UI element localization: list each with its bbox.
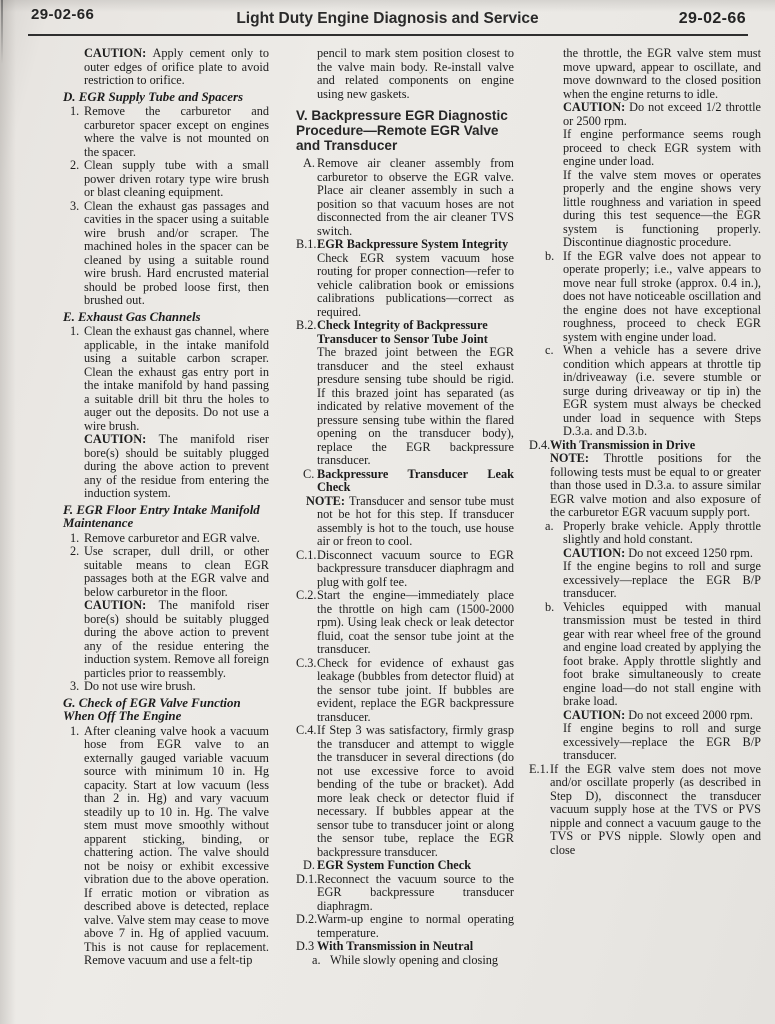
section-heading: F. EGR Floor Entry Intake Manifold Maint… xyxy=(63,504,269,531)
paragraph-lead: CAUTION: xyxy=(84,46,152,60)
manual-column-3: the throttle, the EGR valve stem must mo… xyxy=(529,47,761,857)
item-label: D.3 xyxy=(296,940,314,954)
item-label: 1. xyxy=(70,325,79,339)
paragraph-lead: CAUTION: xyxy=(84,598,159,612)
item-label: 1. xyxy=(70,105,79,119)
paragraph-lead: CAUTION: xyxy=(563,708,628,722)
item-label: C.3. xyxy=(296,657,317,671)
caution-note: CAUTION: Do not exceed 1250 rpm. xyxy=(529,547,761,561)
caution-note: CAUTION: The manifold riser bore(s) shou… xyxy=(63,433,269,501)
item-bold-heading: EGR System Function Check xyxy=(317,858,471,872)
item-label: C.4. xyxy=(296,724,317,738)
item-label: C.1. xyxy=(296,549,317,563)
item-label: b. xyxy=(545,250,554,264)
item-bold-heading: With Transmission in Neutral xyxy=(317,939,473,953)
header-rule xyxy=(28,34,748,36)
item-label: 1. xyxy=(70,532,79,546)
item-label: 2. xyxy=(70,545,79,559)
list-item: 1.Remove the carburetor and carburetor s… xyxy=(63,105,269,159)
list-item: 2.Clean supply tube with a small power d… xyxy=(63,159,269,200)
list-item: C.4.If Step 3 was satisfactory, firmly g… xyxy=(296,724,514,859)
paragraph-lead: NOTE: xyxy=(550,451,604,465)
caution-note: CAUTION: The manifold riser bore(s) shou… xyxy=(63,599,269,680)
item-label: c. xyxy=(545,344,554,358)
list-item: C.3.Check for evidence of exhaust gas le… xyxy=(296,657,514,725)
header-page-number-right: 29-02-66 xyxy=(679,10,746,28)
list-item: a.Properly brake vehicle. Apply throttle… xyxy=(529,520,761,547)
list-item: b.Vehicles equipped with manual transmis… xyxy=(529,601,761,709)
list-item: 1.Remove carburetor and EGR valve. xyxy=(63,532,269,546)
item-label: a. xyxy=(545,520,554,534)
item-label: 3. xyxy=(70,680,79,694)
item-label: 1. xyxy=(70,725,79,739)
item-label: D. xyxy=(303,859,315,873)
list-item: D.EGR System Function Check xyxy=(296,859,514,873)
list-item: b.If the EGR valve does not appear to op… xyxy=(529,250,761,345)
list-item: C.Backpressure Transducer Leak Check xyxy=(296,468,514,495)
manual-column-2: pencil to mark stem position closest to … xyxy=(296,47,514,967)
item-bold-heading: Backpressure Transducer Leak Check xyxy=(317,467,514,495)
paragraph-lead: CAUTION: xyxy=(563,100,629,114)
section-heading: G. Check of EGR Valve Function When Off … xyxy=(63,697,269,724)
item-label: B.2. xyxy=(296,319,317,333)
caution-note: NOTE: Throttle positions for the followi… xyxy=(529,452,761,520)
item-label: C.2. xyxy=(296,589,317,603)
item-bold-heading: Check Integrity of Backpressure Transduc… xyxy=(317,319,514,346)
list-item: C.2.Start the engine—immediately place t… xyxy=(296,589,514,657)
manual-column-1: CAUTION: Apply cement only to outer edge… xyxy=(63,47,269,968)
list-item: E.1.If the EGR valve stem does not move … xyxy=(529,763,761,858)
header-title: Light Duty Engine Diagnosis and Service xyxy=(0,10,775,28)
paragraph: If the valve stem moves or operates prop… xyxy=(529,169,761,250)
list-item: D.2.Warm-up engine to normal operating t… xyxy=(296,913,514,940)
item-label: 3. xyxy=(70,200,79,214)
paragraph: If engine performance seems rough procee… xyxy=(529,128,761,169)
caution-note: CAUTION: Do not exceed 1/2 throttle or 2… xyxy=(529,101,761,128)
item-label: B.1. xyxy=(296,238,317,252)
list-item: 1.After cleaning valve hook a vacuum hos… xyxy=(63,725,269,968)
item-label: 2. xyxy=(70,159,79,173)
paragraph: If the engine begins to roll and surge e… xyxy=(529,560,761,601)
item-bold-heading: EGR Backpressure System Integrity xyxy=(317,238,514,252)
scan-left-shadow xyxy=(0,0,16,1024)
list-item: B.1.EGR Backpressure System IntegrityChe… xyxy=(296,238,514,319)
item-label: E.1. xyxy=(529,763,549,777)
list-item: D.3With Transmission in Neutral xyxy=(296,940,514,954)
paragraph: If engine begins to roll and surge exces… xyxy=(529,722,761,763)
paragraph: the throttle, the EGR valve stem must mo… xyxy=(529,47,761,101)
item-label: a. xyxy=(312,954,321,968)
item-label: D.4. xyxy=(529,439,550,453)
item-label: b. xyxy=(545,601,554,615)
list-item: a.While slowly opening and closing xyxy=(296,954,514,968)
manual-page: { "header": { "left": "29-02-66", "title… xyxy=(0,0,775,1024)
section-heading: D. EGR Supply Tube and Spacers xyxy=(63,91,269,105)
list-item: C.1.Disconnect vacuum source to EGR back… xyxy=(296,549,514,590)
list-item: D.1.Reconnect the vacuum source to the E… xyxy=(296,873,514,914)
section-heading: E. Exhaust Gas Channels xyxy=(63,311,269,325)
item-label: A. xyxy=(303,157,315,171)
item-label: C. xyxy=(303,468,314,482)
caution-note: NOTE: Transducer and sensor tube must no… xyxy=(296,495,514,549)
list-item: 3.Clean the exhaust gas passages and cav… xyxy=(63,200,269,308)
list-item: c.When a vehicle has a severe drive cond… xyxy=(529,344,761,439)
caution-note: CAUTION: Do not exceed 2000 rpm. xyxy=(529,709,761,723)
item-label: D.2. xyxy=(296,913,317,927)
paragraph-lead: NOTE: xyxy=(306,494,349,508)
list-item: 3.Do not use wire brush. xyxy=(63,680,269,694)
paragraph-lead: CAUTION: xyxy=(84,432,159,446)
list-item: D.4.With Transmission in Drive xyxy=(529,439,761,453)
section-heading: V. Backpressure EGR Diagnostic Procedure… xyxy=(296,108,514,153)
list-item: A.Remove air cleaner assembly from carbu… xyxy=(296,157,514,238)
list-item: B.2.Check Integrity of Backpressure Tran… xyxy=(296,319,514,468)
item-label: D.1. xyxy=(296,873,317,887)
item-bold-heading: With Transmission in Drive xyxy=(550,438,695,452)
list-item: 2.Use scraper, dull drill, or other suit… xyxy=(63,545,269,599)
caution-note: CAUTION: Apply cement only to outer edge… xyxy=(63,47,269,88)
paragraph-lead: CAUTION: xyxy=(563,546,628,560)
list-item: 1.Clean the exhaust gas channel, where a… xyxy=(63,325,269,433)
paragraph: pencil to mark stem position closest to … xyxy=(296,47,514,101)
